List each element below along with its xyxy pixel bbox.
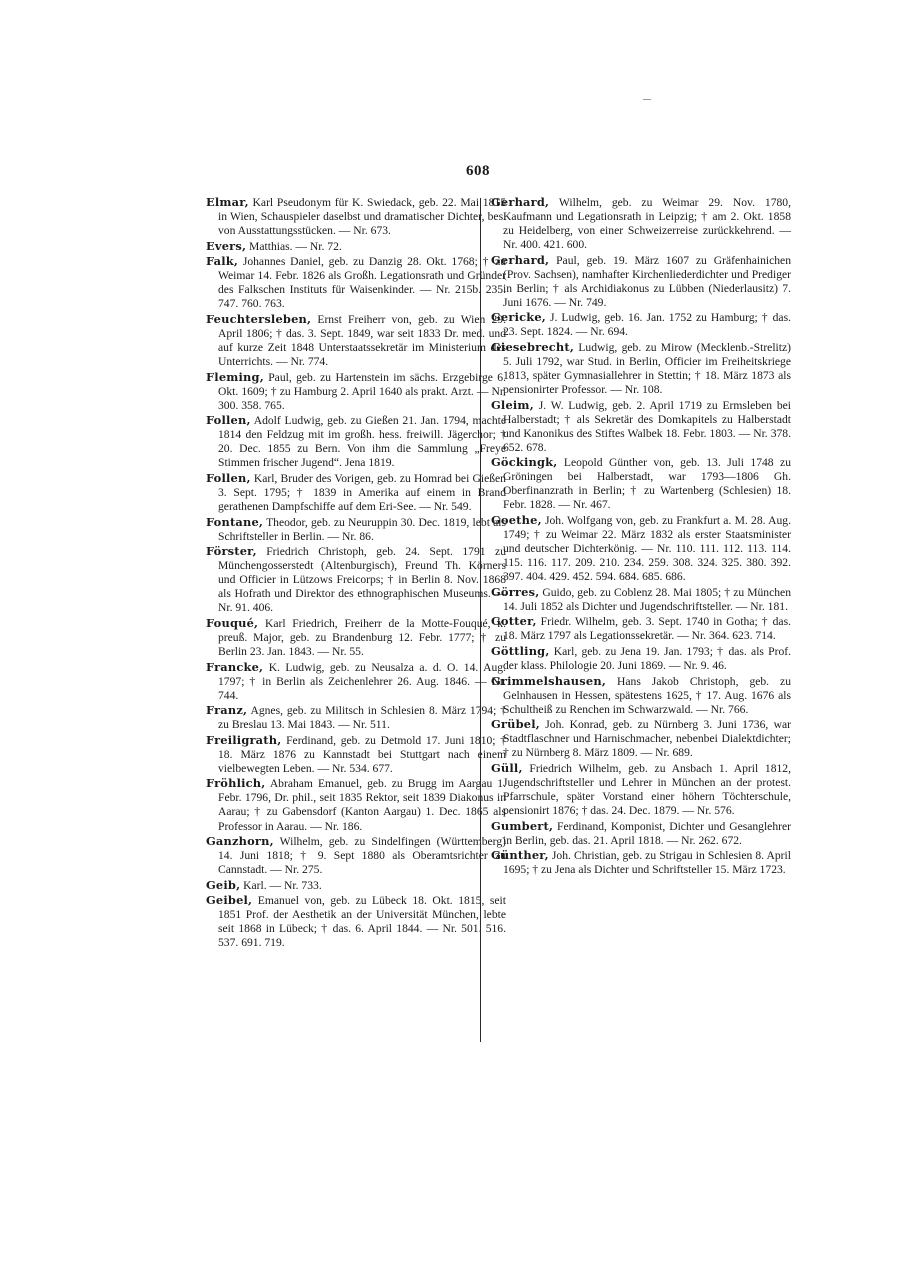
entry-text: Friedrich Christoph, geb. 24. Sept. 1791…: [218, 545, 506, 614]
index-entry: Gleim J. W. Ludwig, geb. 2. April 1719 z…: [491, 398, 791, 455]
index-entry: Feuchtersleben Ernst Freiherr von, geb. …: [206, 312, 506, 369]
entry-name: Ganzhorn: [206, 834, 274, 848]
entry-name: Fröhlich: [206, 776, 265, 790]
entry-name: Güll: [491, 761, 523, 775]
index-entry: Gumbert Ferdinand, Komponist, Dichter un…: [491, 819, 791, 848]
index-entry: Elmar Karl Pseudonym für K. Swiedack, ge…: [206, 195, 506, 238]
entry-name: Geib: [206, 878, 240, 892]
right-column: Gerhard Wilhelm, geb. zu Weimar 29. Nov.…: [491, 195, 791, 878]
entry-text: Karl. — Nr. 733.: [243, 879, 322, 892]
entry-name: Gerhard: [491, 195, 549, 209]
index-entry: Gerhard Wilhelm, geb. zu Weimar 29. Nov.…: [491, 195, 791, 252]
entry-text: Friedr. Wilhelm, geb. 3. Sept. 1740 in G…: [503, 615, 791, 642]
entry-name: Francke: [206, 660, 263, 674]
index-entry: Günther Joh. Christian, geb. zu Strigau …: [491, 848, 791, 877]
index-entry: Geib Karl. — Nr. 733.: [206, 878, 506, 893]
index-entry: Ganzhorn Wilhelm, geb. zu Sindelfingen (…: [206, 834, 506, 877]
index-entry: Gericke J. Ludwig, geb. 16. Jan. 1752 zu…: [491, 310, 791, 339]
entry-text: Johannes Daniel, geb. zu Danzig 28. Okt.…: [218, 255, 506, 310]
scan-speck: [643, 99, 651, 100]
entry-name: Gotter: [491, 614, 537, 628]
entry-name: Fontane: [206, 515, 263, 529]
index-entry: Follen Adolf Ludwig, geb. zu Gießen 21. …: [206, 413, 506, 470]
index-entry: Geibel Emanuel von, geb. zu Lübeck 18. O…: [206, 893, 506, 950]
entry-name: Förster: [206, 544, 257, 558]
entry-name: Grübel: [491, 717, 540, 731]
index-entry: Förster Friedrich Christoph, geb. 24. Se…: [206, 544, 506, 615]
entry-name: Franz: [206, 703, 247, 717]
entry-text: Friedrich Wilhelm, geb. zu Ansbach 1. Ap…: [503, 762, 791, 817]
entry-text: Joh. Wolfgang von, geb. zu Frankfurt a. …: [503, 514, 791, 583]
index-entry: Giesebrecht Ludwig, geb. zu Mirow (Meckl…: [491, 340, 791, 397]
entry-name: Evers: [206, 239, 246, 253]
entry-name: Fouqué: [206, 616, 258, 630]
entry-name: Giesebrecht: [491, 340, 574, 354]
entry-text: Emanuel von, geb. zu Lübeck 18. Okt. 181…: [218, 894, 506, 949]
index-entry: Güll Friedrich Wilhelm, geb. zu Ansbach …: [491, 761, 791, 818]
entry-text: Agnes, geb. zu Militsch in Schlesien 8. …: [218, 704, 506, 731]
entry-text: Karl Friedrich, Freiherr de la Motte-Fou…: [218, 617, 506, 658]
entry-name: Fleming: [206, 370, 264, 384]
index-entry: Fröhlich Abraham Emanuel, geb. zu Brugg …: [206, 776, 506, 833]
entry-name: Freiligrath: [206, 733, 281, 747]
entry-text: J. W. Ludwig, geb. 2. April 1719 zu Erms…: [503, 399, 791, 454]
entry-name: Follen: [206, 471, 251, 485]
page-number: 608: [466, 163, 490, 180]
entry-text: J. Ludwig, geb. 16. Jan. 1752 zu Hamburg…: [503, 311, 791, 338]
index-entry: Follen Karl, Bruder des Vorigen, geb. zu…: [206, 471, 506, 514]
index-entry: Evers Matthias. — Nr. 72.: [206, 239, 506, 254]
entry-name: Geibel: [206, 893, 252, 907]
entry-text: Matthias. — Nr. 72.: [249, 240, 342, 253]
entry-name: Gumbert: [491, 819, 553, 833]
left-column: Elmar Karl Pseudonym für K. Swiedack, ge…: [206, 195, 506, 951]
entry-name: Göttling: [491, 644, 550, 658]
entry-text: Adolf Ludwig, geb. zu Gießen 21. Jan. 17…: [218, 414, 506, 469]
entry-name: Feuchtersleben: [206, 312, 311, 326]
index-entry: Gerhard Paul, geb. 19. März 1607 zu Gräf…: [491, 253, 791, 310]
index-entry: Göckingk Leopold Günther von, geb. 13. J…: [491, 455, 791, 512]
entry-text: Karl, Bruder des Vorigen, geb. zu Homrad…: [218, 472, 506, 513]
entry-name: Gerhard: [491, 253, 549, 267]
index-entry: Grübel Joh. Konrad, geb. zu Nürnberg 3. …: [491, 717, 791, 760]
index-entry: Görres Guido, geb. zu Coblenz 28. Mai 18…: [491, 585, 791, 614]
index-entry: Falk Johannes Daniel, geb. zu Danzig 28.…: [206, 254, 506, 311]
entry-name: Falk: [206, 254, 238, 268]
index-entry: Francke K. Ludwig, geb. zu Neusalza a. d…: [206, 660, 506, 703]
index-entry: Gotter Friedr. Wilhelm, geb. 3. Sept. 17…: [491, 614, 791, 643]
column-divider: [480, 198, 481, 1042]
index-entry: Grimmelshausen Hans Jakob Christoph, geb…: [491, 674, 791, 717]
entry-text: Guido, geb. zu Coblenz 28. Mai 1805; † z…: [503, 586, 791, 613]
index-entry: Goethe Joh. Wolfgang von, geb. zu Frankf…: [491, 513, 791, 584]
entry-name: Gleim: [491, 398, 534, 412]
entry-name: Goethe: [491, 513, 542, 527]
index-entry: Fleming Paul, geb. zu Hartenstein im säc…: [206, 370, 506, 413]
entry-text: Karl Pseudonym für K. Swiedack, geb. 22.…: [218, 196, 506, 237]
index-entry: Fouqué Karl Friedrich, Freiherr de la Mo…: [206, 616, 506, 659]
index-entry: Fontane Theodor, geb. zu Neuruppin 30. D…: [206, 515, 506, 544]
entry-name: Grimmelshausen: [491, 674, 606, 688]
entry-name: Görres: [491, 585, 539, 599]
entry-name: Göckingk: [491, 455, 557, 469]
entry-name: Follen: [206, 413, 251, 427]
entry-name: Elmar: [206, 195, 249, 209]
entry-text: Joh. Konrad, geb. zu Nürnberg 3. Juni 17…: [503, 718, 791, 759]
entry-name: Gericke: [491, 310, 546, 324]
entry-name: Günther: [491, 848, 549, 862]
index-entry: Göttling Karl, geb. zu Jena 19. Jan. 179…: [491, 644, 791, 673]
index-entry: Freiligrath Ferdinand, geb. zu Detmold 1…: [206, 733, 506, 776]
index-entry: Franz Agnes, geb. zu Militsch in Schlesi…: [206, 703, 506, 732]
